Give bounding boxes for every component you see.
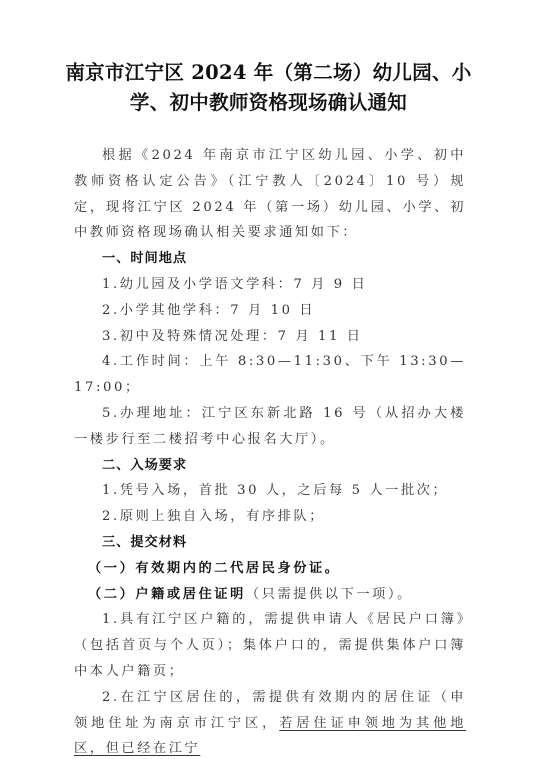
list-item: 2.小学其他学科：7 月 10 日 <box>74 298 466 324</box>
subsection-residence-proof-note: （只需提供以下一项）。 <box>246 587 413 602</box>
list-item: 2.原则上独自入场，有序排队； <box>74 504 466 530</box>
subsection-id-card: （一）有效期内的二代居民身份证。 <box>74 556 466 582</box>
section-heading-time-location: 一、时间地点 <box>74 246 466 272</box>
document-title: 南京市江宁区 2024 年（第二场）幼儿园、小 学、初中教师资格现场确认通知 <box>50 58 487 118</box>
subsection-residence-proof-title: （二）户籍或居住证明 <box>88 587 246 602</box>
intro-paragraph: 根据《2024 年南京市江宁区幼儿园、小学、初中教师资格认定公告》（江宁教人〔2… <box>74 143 466 246</box>
document-body: 根据《2024 年南京市江宁区幼儿园、小学、初中教师资格认定公告》（江宁教人〔2… <box>74 143 466 759</box>
list-item: 5.办理地址：江宁区东新北路 16 号（从招办大楼一楼步行至二楼招考中心报名大厅… <box>74 401 466 453</box>
subsection-residence-proof: （二）户籍或居住证明（只需提供以下一项）。 <box>74 582 466 608</box>
list-item: 1.凭号入场，首批 30 人，之后每 5 人一批次； <box>74 478 466 504</box>
list-item: 4.工作时间：上午 8:30—11:30、下午 13:30—17:00； <box>74 349 466 401</box>
document-page: 南京市江宁区 2024 年（第二场）幼儿园、小 学、初中教师资格现场确认通知 根… <box>0 0 537 759</box>
list-item: 1.具有江宁区户籍的，需提供申请人《居民户口簿》（包括首页与个人页）；集体户口的… <box>74 607 466 684</box>
section-heading-entry-requirements: 二、入场要求 <box>74 453 466 479</box>
list-item: 2.在江宁区居住的，需提供有效期内的居住证（申领地住址为南京市江宁区，若居住证申… <box>74 685 466 759</box>
section-heading-materials: 三、提交材料 <box>74 530 466 556</box>
list-item: 1.幼儿园及小学语文学科：7 月 9 日 <box>74 272 466 298</box>
title-line-1: 南京市江宁区 2024 年（第二场）幼儿园、小 <box>50 58 487 88</box>
title-line-2: 学、初中教师资格现场确认通知 <box>50 88 487 118</box>
list-item: 3.初中及特殊情况处理：7 月 11 日 <box>74 324 466 350</box>
